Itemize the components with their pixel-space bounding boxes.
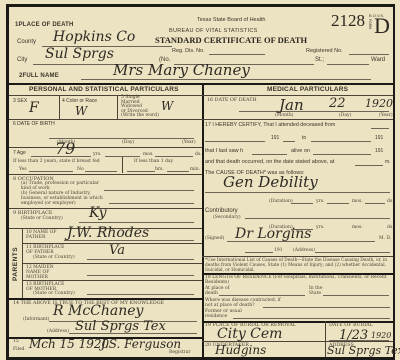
age-yrs-label: yrs.	[93, 152, 101, 157]
alive-on-label: alive on	[291, 148, 310, 154]
hrs-label: hrs.	[155, 167, 164, 172]
informant-address-value: Sul Sprgs Tex	[75, 319, 166, 334]
color-value: W	[75, 104, 87, 118]
marital-label: 5 Single Married Widowed or Divorced (Wr…	[121, 96, 159, 119]
father-birthplace-value: Va	[109, 243, 125, 258]
registrar-label: Registrar	[169, 350, 190, 355]
dod-year-label: (Year)	[379, 113, 393, 118]
signed-year-label: 191	[274, 248, 283, 253]
yes-label: Yes	[19, 167, 27, 172]
reg-dis-label: Reg. Dis. No.	[172, 48, 205, 54]
physician-address-label: (Address)	[293, 248, 315, 253]
burial-place-value: City Cem	[217, 326, 282, 342]
county-label: County	[17, 39, 36, 45]
secondary-label: (Secondary)	[213, 215, 241, 220]
father-birthplace-sub: (State or Country)	[33, 255, 75, 260]
alive-year-label: 191	[375, 148, 383, 154]
undertaker-value: Hudgins	[215, 343, 266, 357]
city-value: Sul Sprgs	[45, 46, 114, 62]
sex-label: 3 SEX	[13, 98, 27, 104]
last-saw-text: that I last saw h	[205, 148, 243, 154]
dob-day-label: (Day)	[122, 140, 134, 145]
certificate-number: 2128	[331, 11, 365, 31]
burial-year-value: 1920	[371, 331, 391, 340]
certificate-frame: 1PLACE OF DEATH County Hopkins Co City S…	[6, 4, 395, 360]
dod-day-value: 22	[329, 96, 346, 111]
registered-no-label: Registered No.	[306, 48, 343, 54]
dod-day-label: (Day)	[339, 113, 351, 118]
breast-fed-label: If less than 2 years, state if breast fe…	[13, 159, 100, 164]
board-name: Texas State Board of Health	[197, 17, 265, 23]
marital-value: W	[161, 99, 173, 113]
dob-label: 6 DATE OF BIRTH	[13, 121, 55, 127]
city-label: City	[17, 57, 27, 63]
father-birthplace-label: 11 BIRTHPLACE OF FATHER	[26, 245, 70, 255]
filed-number: 15	[13, 339, 19, 344]
personal-section-title: PERSONAL AND STATISTICAL PARTICULARS	[29, 86, 179, 93]
county-value: Hopkins Co	[53, 29, 135, 45]
informant-label: (Informant)	[23, 317, 49, 322]
dod-year-value: 1920	[365, 97, 393, 110]
ward-label: Ward	[371, 57, 385, 63]
no-label: No	[77, 167, 84, 172]
sex-value: F	[29, 100, 39, 116]
mother-name-label: 12 MAIDEN NAME OF MOTHER	[26, 265, 70, 280]
dob-year-label: (Year)	[182, 140, 196, 145]
registrar-value: J.S. Ferguson	[101, 337, 181, 351]
father-name-value: J.W. Rhodes	[67, 225, 149, 241]
md-label: M. D.	[379, 236, 391, 241]
duration-mos-label-2: mos.	[352, 225, 363, 230]
place-of-death-label: 1PLACE OF DEATH	[15, 22, 74, 28]
filed-date-value: Mch 15 1920	[29, 337, 109, 351]
full-name-value: Mrs Mary Chaney	[113, 61, 250, 79]
bureau-name: BUREAU OF VITAL STATISTICS	[169, 28, 258, 34]
death-occurred-text: and that death occurred, on the date sta…	[205, 159, 334, 165]
scanned-certificate: 1PLACE OF DEATH County Hopkins Co City S…	[0, 0, 400, 360]
age-ds-label: ds.	[195, 152, 202, 157]
to-label: to	[302, 135, 306, 141]
duration-ds-label: ds.	[387, 199, 394, 204]
informant-value: R McChaney	[53, 303, 143, 319]
full-name-label: 2FULL NAME	[19, 73, 59, 79]
filed-label: Filed	[13, 347, 25, 352]
dod-month-value: Jan	[279, 96, 304, 114]
cause-footnote: *Use International List of Causes of Dea…	[205, 258, 391, 273]
duration-ds-label-2: ds.	[387, 225, 394, 230]
certificate-title: STANDARD CERTIFICATE OF DEATH	[155, 35, 307, 45]
date-of-death-label: 16 DATE OF DEATH	[207, 98, 257, 103]
duration-mos-label: mos.	[352, 199, 363, 204]
duration-label: (Duration)	[269, 199, 293, 204]
m-label: m.	[385, 159, 391, 165]
duration-yrs-label: yrs.	[316, 199, 324, 204]
age-label: 7 Age	[13, 150, 26, 156]
age-mos-label: mos.	[143, 152, 154, 157]
undertaker-address-value: Sul Sprgs Tex	[327, 344, 400, 357]
contributory-label: Contributory	[205, 208, 238, 214]
certify-text: 17 I HEREBY CERTIFY, That I attended dec…	[205, 122, 335, 128]
physician-signature: Dr Lorgins	[235, 226, 311, 242]
age-value: 79	[55, 139, 75, 158]
from-year-label: 191	[271, 135, 279, 141]
signed-label: (Signed)	[205, 236, 224, 241]
birthplace-sub: (State or Country)	[21, 216, 63, 221]
form-label: FORM	[368, 19, 372, 29]
informant-address-label: (Address)	[47, 329, 69, 334]
parents-label: PARENTS	[12, 232, 19, 296]
father-name-label: 10 NAME OF FATHER	[26, 230, 62, 240]
min-label: min.	[190, 167, 200, 172]
duration-yrs-label-2: yrs.	[316, 225, 324, 230]
st-label: St.;	[315, 57, 324, 63]
under-one-day-label: If less than 1 day	[134, 159, 173, 164]
to-year-label: 191	[375, 135, 383, 141]
mother-birthplace-sub: (State or Country)	[33, 291, 75, 296]
dod-month-label: (Month)	[275, 113, 293, 118]
medical-section-title: MEDICAL PARTICULARS	[267, 86, 348, 93]
birthplace-value: Ky	[89, 205, 106, 221]
residence-label: 18 LENGTH OF RESIDENCE (For Hospitals, I…	[205, 275, 391, 285]
cause-of-death-value: Gen Debility	[223, 173, 318, 191]
form-code: D	[374, 13, 390, 39]
